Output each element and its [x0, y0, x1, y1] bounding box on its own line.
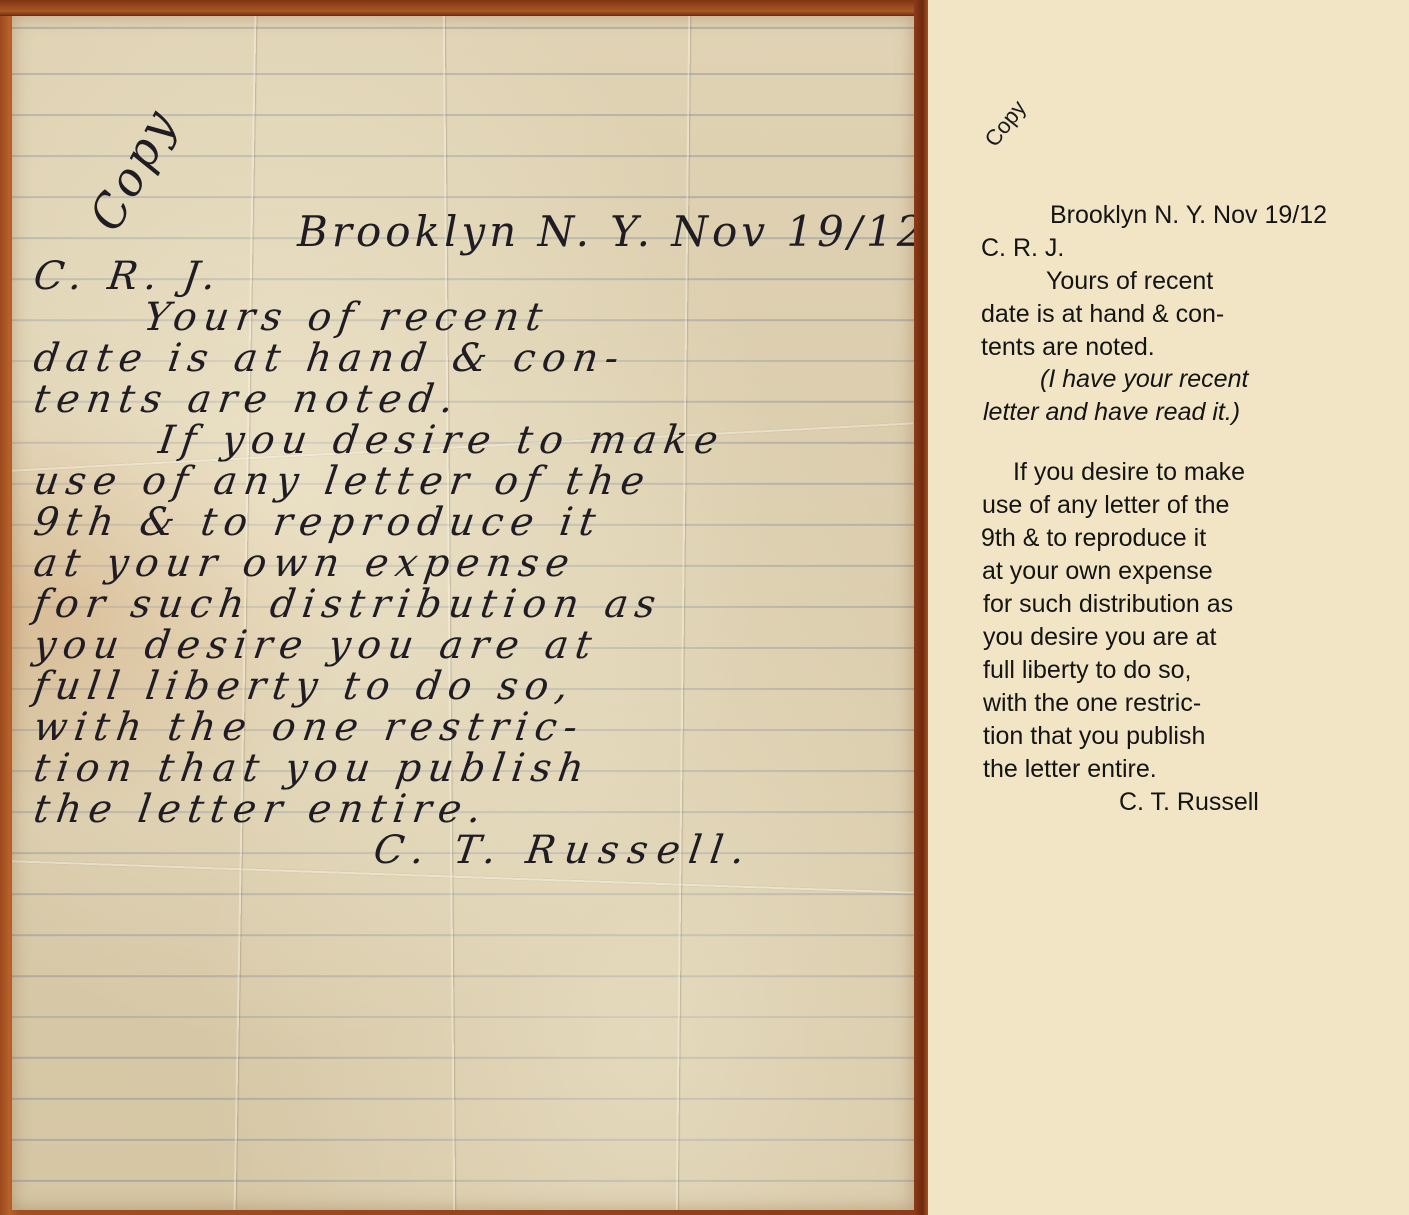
transcription-line: 9th & to reproduce it — [981, 523, 1206, 553]
letter-paper: Copy Brooklyn N. Y. Nov 19/12 C. R. J. Y… — [12, 16, 914, 1210]
transcription-line: use of any letter of the — [982, 490, 1229, 520]
handwritten-copy-mark: Copy — [82, 101, 184, 238]
handwritten-line: for such distribution as — [31, 584, 917, 625]
handwritten-line: tion that you publish — [31, 748, 917, 789]
transcription-line: If you desire to make — [1013, 457, 1245, 487]
transcription-line: the letter entire. — [983, 754, 1157, 784]
transcription-line: for such distribution as — [983, 589, 1233, 619]
transcription-line: at your own expense — [982, 556, 1213, 586]
transcription-annotation: (I have your recent — [1040, 364, 1248, 394]
handwritten-line: date is at hand & con- — [31, 338, 917, 379]
handwritten-line: Yours of recent — [31, 297, 917, 338]
handwritten-line: full liberty to do so, — [31, 666, 917, 707]
handwritten-date-line: Brooklyn N. Y. Nov 19/12 — [297, 211, 927, 253]
photo-frame-right-edge — [914, 0, 928, 1215]
handwritten-signature: C. T. Russell. — [31, 830, 917, 871]
transcription-line: full liberty to do so, — [983, 655, 1191, 685]
handwritten-line: you desire you are at — [31, 625, 917, 666]
handwritten-line: If you desire to make — [31, 420, 917, 461]
handwritten-line: the letter entire. — [31, 789, 917, 830]
handwritten-body: C. R. J. Yours of recent date is at hand… — [34, 256, 914, 871]
transcription-line: tion that you publish — [983, 721, 1205, 751]
transcription-salutation: C. R. J. — [981, 233, 1064, 263]
handwritten-line: 9th & to reproduce it — [31, 502, 917, 543]
transcription-line: Yours of recent — [1046, 266, 1213, 296]
transcription-signature: C. T. Russell — [1119, 787, 1259, 817]
handwritten-line: tents are noted. — [31, 379, 917, 420]
transcription-date-line: Brooklyn N. Y. Nov 19/12 — [1050, 200, 1327, 230]
transcription-line: you desire you are at — [983, 622, 1216, 652]
handwritten-line: with the one restric- — [31, 707, 917, 748]
transcription-line: with the one restric- — [983, 688, 1201, 718]
photo-frame-top-edge — [0, 0, 928, 16]
letter-photo: Copy Brooklyn N. Y. Nov 19/12 C. R. J. Y… — [0, 0, 928, 1215]
transcription-line: date is at hand & con- — [981, 299, 1224, 329]
handwritten-line: use of any letter of the — [31, 461, 917, 502]
handwritten-line: C. R. J. — [31, 256, 917, 297]
handwritten-line: at your own expense — [31, 543, 917, 584]
transcription-line: tents are noted. — [981, 332, 1155, 362]
transcription-annotation: letter and have read it.) — [983, 397, 1240, 427]
